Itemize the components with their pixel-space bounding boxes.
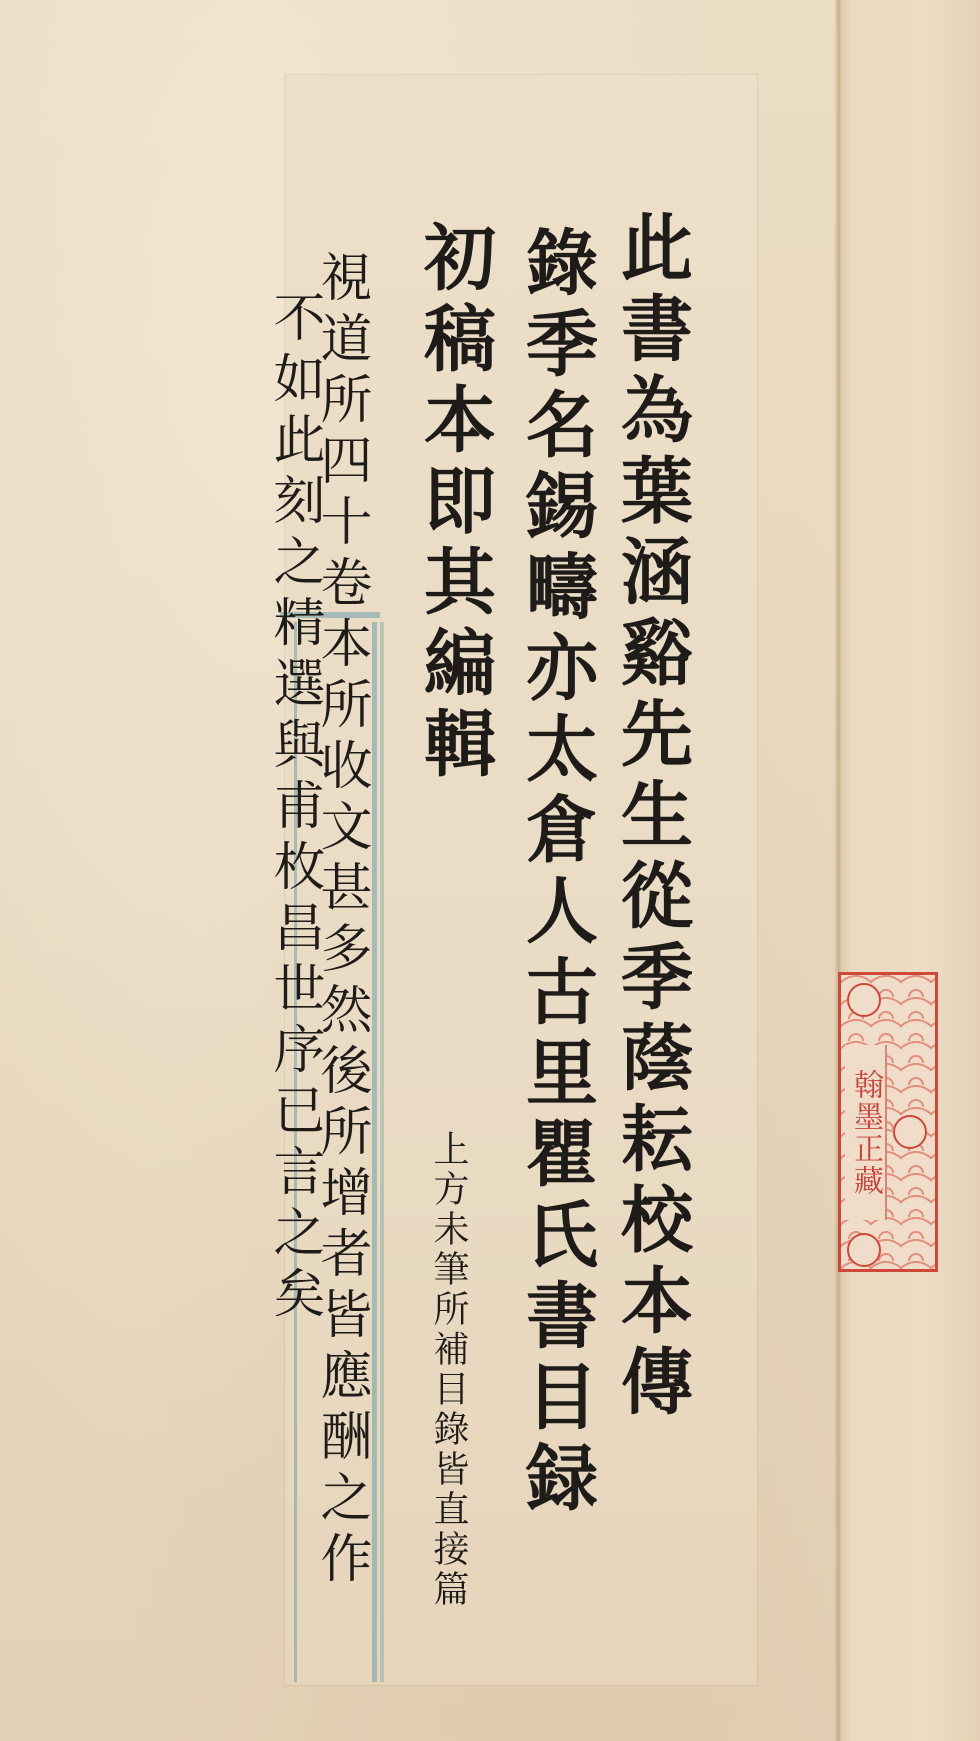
plum-blossom-icon [893,1115,927,1149]
inscription-column-5: 不如此刻之精選與甫枚昌世序已言之矣 [268,290,320,1327]
inscription-column-2: 錄季名錫疇亦太倉人古里瞿氏書目録 [520,225,592,1521]
page-fold [834,0,842,1741]
ghost-column [112,260,174,1460]
annotation-column: 上方未筆所補目錄皆直接篇 [430,1130,466,1610]
blue-ruling-line [372,622,377,1682]
show-through-text [30,260,270,1460]
plum-blossom-icon [847,983,881,1017]
plum-blossom-icon [847,1233,881,1267]
right-page-edge [838,0,980,1741]
seal-text: 翰墨正藏 [845,1045,887,1220]
red-seal: 翰墨正藏 [838,972,938,1272]
inscription-column-1: 此書為葉涵谿先生從季蔭耘校本傳 [615,210,687,1425]
inscription-column-3: 初稿本即其編輯 [418,220,490,787]
ghost-column [208,260,270,1460]
blue-ruling-line [380,622,384,1682]
ghost-column [16,260,78,1460]
